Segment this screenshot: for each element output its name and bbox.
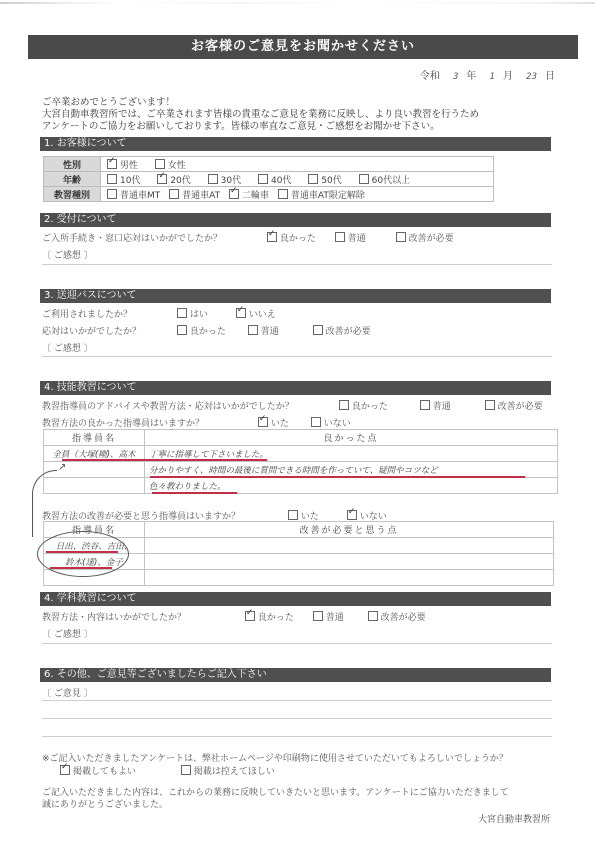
date-day-unit: 日 <box>545 71 555 82</box>
option-yes[interactable]: はい <box>177 307 233 320</box>
option-needs-improvement[interactable]: 改善が必要 <box>313 324 371 337</box>
comment-label: 〔 ご感想 〕 <box>42 341 93 354</box>
checkbox-icon[interactable] <box>485 400 495 410</box>
option-label: 改善が必要 <box>409 234 454 244</box>
column-header: 指導員名 <box>44 430 145 446</box>
pen-underline <box>150 476 525 478</box>
option-label: 良かった <box>352 402 388 412</box>
option-decline-publish[interactable]: 掲載は控えてほしい <box>181 764 275 777</box>
pen-circle <box>37 531 129 577</box>
option-label: 掲載してもよい <box>73 767 136 777</box>
option-label: 50代 <box>321 176 341 186</box>
checkbox-icon[interactable] <box>236 308 246 318</box>
option-label: 普通 <box>261 327 279 337</box>
option-label: 10代 <box>120 176 140 186</box>
comment-line[interactable] <box>42 356 552 357</box>
checkbox-icon[interactable] <box>347 510 357 520</box>
instructor-advice-row: 教習指導員のアドバイスや教習方法・応対はいかがでしたか？ 良かった 普通 改善が… <box>42 399 543 412</box>
bus-used-row: ご利用されましたか？ はい いいえ <box>42 307 276 320</box>
checkbox-icon[interactable] <box>288 510 298 520</box>
option-label: 普通 <box>433 402 451 412</box>
column-header: 良かった点 <box>145 430 558 446</box>
scan-edge <box>0 2 595 4</box>
table-row <box>44 570 554 586</box>
pen-connector-line <box>32 470 57 537</box>
option-needs-improvement[interactable]: 改善が必要 <box>368 610 426 623</box>
option-40s[interactable]: 40代 <box>258 173 291 186</box>
row-label: 年齢 <box>44 172 101 187</box>
option-at-limit-removal[interactable]: 普通車AT限定解除 <box>278 188 365 201</box>
option-label: 良かった <box>190 327 226 337</box>
comment-cell[interactable] <box>145 554 554 570</box>
option-needs-improvement[interactable]: 改善が必要 <box>396 231 454 244</box>
option-label: 改善が必要 <box>381 613 426 623</box>
option-label: 普通車AT <box>182 191 220 201</box>
option-label: 女性 <box>168 161 186 171</box>
section-header-bus: 3. 送迎バスについて <box>40 289 551 303</box>
date-day[interactable]: 23 <box>526 72 537 82</box>
option-good[interactable]: 良かった <box>267 231 332 244</box>
date: 令和 3年 1月 23日 <box>420 67 555 82</box>
option-label: 20代 <box>170 176 190 186</box>
option-30s[interactable]: 30代 <box>208 173 241 186</box>
table-header-row: 指導員名 改善が必要と思う点 <box>44 522 554 538</box>
intro-line: アンケートのご協力をお願いしております。皆様の率直なご意見・ご感想をお聞かせ下さ… <box>42 121 479 133</box>
option-label: 男性 <box>120 161 138 171</box>
checkbox-icon[interactable] <box>278 189 288 199</box>
intro-line: 大宮自動車教習所では、ご卒業されます皆様の貴重なご意見を業務に反映し、より良い教… <box>42 109 479 121</box>
option-present[interactable]: いた <box>258 416 308 429</box>
option-no[interactable]: いいえ <box>236 307 276 320</box>
checkbox-icon[interactable] <box>107 159 117 169</box>
option-allow-publish[interactable]: 掲載してもよい <box>60 764 178 777</box>
checkbox-icon[interactable] <box>311 417 321 427</box>
checkbox-icon[interactable] <box>245 611 255 621</box>
table-header-row: 指導員名 良かった点 <box>44 430 558 446</box>
pen-underline <box>62 459 267 461</box>
comment-line[interactable] <box>42 736 552 737</box>
comment-line[interactable] <box>42 718 552 719</box>
option-label: 二輪車 <box>242 191 269 201</box>
row-label: 教習種別 <box>44 187 101 202</box>
option-50s[interactable]: 50代 <box>308 173 341 186</box>
date-month-unit: 月 <box>503 71 513 82</box>
option-label: 良かった <box>258 613 294 623</box>
page-title: お客様のご意見をお聞かせください <box>28 35 578 59</box>
comment-line[interactable] <box>42 643 552 644</box>
pen-underline <box>152 492 237 494</box>
option-good[interactable]: 良かった <box>177 324 245 337</box>
option-normal[interactable]: 普通 <box>420 399 482 412</box>
option-label: はい <box>190 310 208 320</box>
comment-cell[interactable] <box>145 570 554 586</box>
checkbox-icon[interactable] <box>177 325 187 335</box>
option-label: 良かった <box>280 234 316 244</box>
option-label: 60代以上 <box>372 176 410 186</box>
checkbox-icon[interactable] <box>181 765 191 775</box>
option-label: 改善が必要 <box>498 402 543 412</box>
checkbox-icon[interactable] <box>368 611 378 621</box>
checkbox-icon[interactable] <box>169 189 179 199</box>
option-normal[interactable]: 普通 <box>313 610 365 623</box>
classroom-question-row: 教習方法・内容はいかがでしたか？ 良かった 普通 改善が必要 <box>42 610 426 623</box>
comment-line[interactable] <box>42 264 552 265</box>
question-text: 応対はいかがでしたか？ <box>42 324 174 337</box>
bus-service-row: 応対はいかがでしたか？ 良かった 普通 改善が必要 <box>42 324 371 337</box>
option-normal[interactable]: 普通 <box>248 324 310 337</box>
table-row-age: 年齢 10代 20代 30代 40代 50代 60代以上 <box>44 172 494 187</box>
question-text: 教習指導員のアドバイスや教習方法・応対はいかがでしたか？ <box>42 399 336 412</box>
option-label: 普通 <box>348 234 366 244</box>
comment-label: 〔 ご感想 〕 <box>42 627 93 640</box>
checkbox-icon[interactable] <box>248 325 258 335</box>
date-year[interactable]: 3 <box>453 72 458 82</box>
option-label: いた <box>271 419 289 429</box>
checkbox-icon[interactable] <box>335 232 345 242</box>
option-female[interactable]: 女性 <box>155 158 186 171</box>
option-good[interactable]: 良かった <box>245 610 310 623</box>
publish-options: 掲載してもよい 掲載は控えてほしい <box>60 764 275 777</box>
checkbox-icon[interactable] <box>313 611 323 621</box>
good-instructor-row: 教習方法の良かった指導員はいますか？ いた いない <box>42 416 351 429</box>
checkbox-icon[interactable] <box>208 174 218 184</box>
instructor-name-cell[interactable] <box>44 478 145 494</box>
checkbox-icon[interactable] <box>258 417 268 427</box>
intro-line: ご卒業おめでとうございます！ <box>42 97 479 109</box>
option-absent[interactable]: いない <box>311 416 351 429</box>
thanks-line: ご記入いただきました内容は、これからの業務に反映していきたいと思います。アンケー… <box>42 787 509 799</box>
question-text: ご利用されましたか？ <box>42 307 174 320</box>
comment-cell[interactable] <box>145 538 554 554</box>
section-header-classroom: 4. 学科教習について <box>40 592 551 606</box>
option-male[interactable]: 男性 <box>107 158 138 171</box>
option-label: 40代 <box>271 176 291 186</box>
intro-text: ご卒業おめでとうございます！ 大宮自動車教習所では、ご卒業されます皆様の貴重なご… <box>42 97 479 133</box>
thanks-text: ご記入いただきました内容は、これからの業務に反映していきたいと思います。アンケー… <box>42 787 509 811</box>
comment-label: 〔 ご意見 〕 <box>42 686 93 699</box>
section-header-other: 6. その他、ご意見等ございましたらご記入下さい <box>40 668 551 682</box>
checkbox-icon[interactable] <box>155 159 165 169</box>
publish-question: ※ご記入いただきましたアンケートは、弊社ホームページや印刷物に使用させていただい… <box>42 751 508 764</box>
option-label: 普通車AT限定解除 <box>291 191 365 201</box>
checkbox-icon[interactable] <box>107 189 117 199</box>
option-label: いない <box>324 419 351 429</box>
question-text: 教習方法の良かった指導員はいますか？ <box>42 416 255 429</box>
option-label: 普通 <box>326 613 344 623</box>
question-text: 教習方法・内容はいかがでしたか？ <box>42 610 242 623</box>
option-mt[interactable]: 普通車MT <box>107 188 160 201</box>
option-label: 掲載は控えてほしい <box>194 767 275 777</box>
checkbox-icon[interactable] <box>258 174 268 184</box>
option-at[interactable]: 普通車AT <box>169 188 220 201</box>
section-header-reception: 2. 受付について <box>40 213 551 227</box>
date-era: 令和 <box>420 71 440 82</box>
checkbox-icon[interactable] <box>157 174 167 184</box>
checkbox-icon[interactable] <box>313 325 323 335</box>
option-label: いいえ <box>249 310 276 320</box>
option-10s[interactable]: 10代 <box>107 173 140 186</box>
option-label: 30代 <box>221 176 241 186</box>
date-month[interactable]: 1 <box>490 72 495 82</box>
row-label: 性別 <box>44 157 101 172</box>
option-60s-plus[interactable]: 60代以上 <box>359 173 410 186</box>
table-row-gender: 性別 男性 女性 <box>44 157 494 172</box>
pen-arrow-icon: ↗ <box>58 462 66 473</box>
good-instructor-table: 指導員名 良かった点 全員（大塚(剛)、高木 丁寧に指導して下さいました。 分か… <box>43 429 558 494</box>
checkbox-icon[interactable] <box>308 174 318 184</box>
checkbox-icon[interactable] <box>177 308 187 318</box>
section-header-customer: 1. お客様について <box>40 137 551 151</box>
option-label: 改善が必要 <box>326 327 371 337</box>
reception-question-row: ご入所手続き・窓口応対はいかがでしたか？ 良かった 普通 改善が必要 <box>42 231 454 244</box>
option-motorcycle[interactable]: 二輪車 <box>229 188 269 201</box>
checkbox-icon[interactable] <box>396 232 406 242</box>
section-header-driving: 4. 技能教習について <box>40 381 551 395</box>
date-year-unit: 年 <box>466 71 476 82</box>
customer-info-table: 性別 男性 女性 年齢 10代 20代 30代 40代 50代 60代以上 教習… <box>43 156 494 202</box>
signature: 大宮自動車教習所 <box>478 812 550 825</box>
option-20s[interactable]: 20代 <box>157 173 190 186</box>
checkbox-icon[interactable] <box>60 765 70 775</box>
option-normal[interactable]: 普通 <box>335 231 393 244</box>
table-row: 色々教わりました。 <box>44 478 558 494</box>
checkbox-icon[interactable] <box>267 232 277 242</box>
comment-line[interactable] <box>42 700 552 701</box>
option-good[interactable]: 良かった <box>339 399 417 412</box>
table-row-course: 教習種別 普通車MT 普通車AT 二輪車 普通車AT限定解除 <box>44 187 494 202</box>
option-label: 普通車MT <box>120 191 160 201</box>
option-needs-improvement[interactable]: 改善が必要 <box>485 399 543 412</box>
question-text: ご入所手続き・窓口応対はいかがでしたか？ <box>42 231 264 244</box>
checkbox-icon[interactable] <box>359 174 369 184</box>
comment-label: 〔 ご感想 〕 <box>42 248 93 261</box>
checkbox-icon[interactable] <box>229 189 239 199</box>
checkbox-icon[interactable] <box>107 174 117 184</box>
column-header: 改善が必要と思う点 <box>145 522 554 538</box>
checkbox-icon[interactable] <box>339 400 349 410</box>
thanks-line: 誠にありがとうございました。 <box>42 799 509 811</box>
checkbox-icon[interactable] <box>420 400 430 410</box>
